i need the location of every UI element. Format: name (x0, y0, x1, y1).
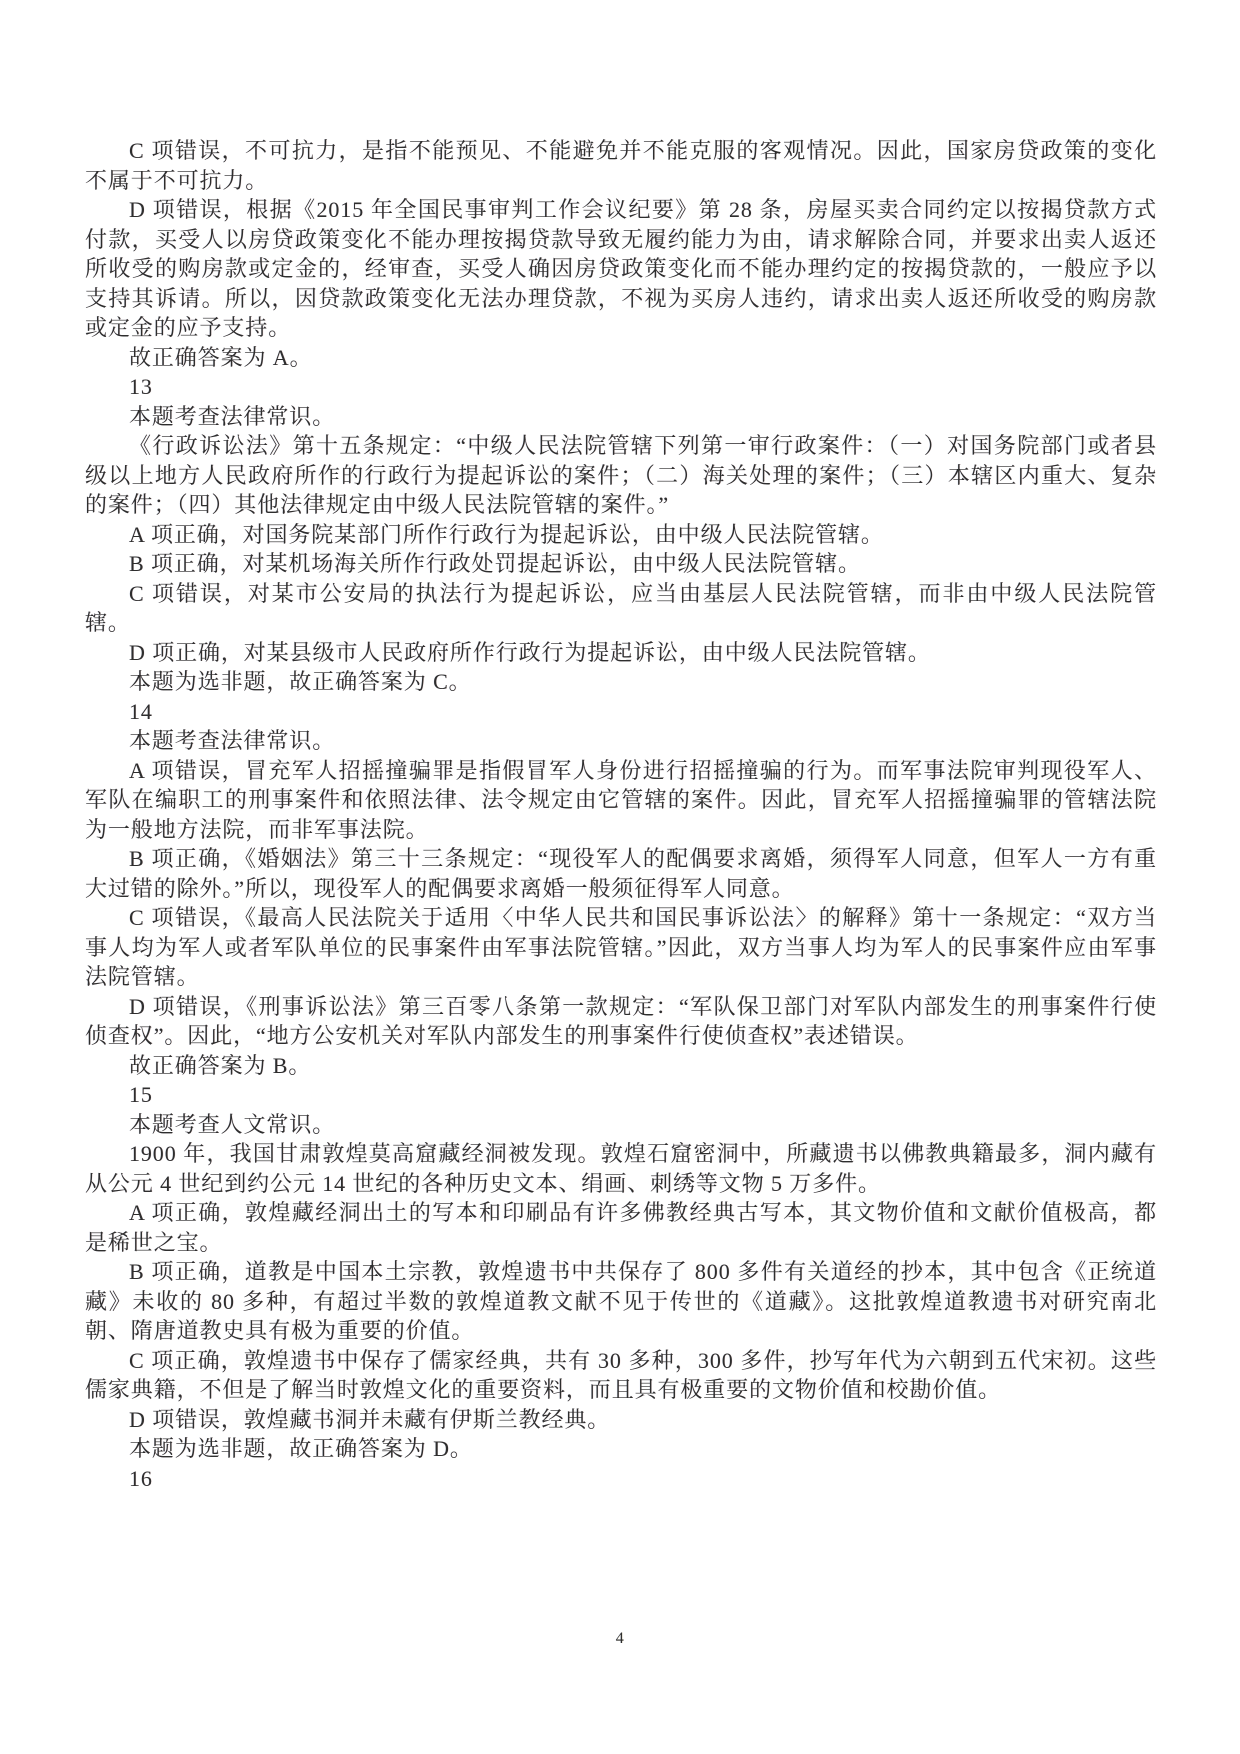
paragraph: 故正确答案为 B。 (85, 1051, 1157, 1081)
paragraph: C 项错误，《最高人民法院关于适用〈中华人民共和国民事诉讼法〉的解释》第十一条规… (85, 903, 1157, 992)
paragraph: C 项正确，敦煌遗书中保存了儒家经典，共有 30 多种，300 多件，抄写年代为… (85, 1346, 1157, 1405)
paragraph: D 项错误，根据《2015 年全国民事审判工作会议纪要》第 28 条，房屋买卖合… (85, 195, 1157, 343)
paragraph: C 项错误，对某市公安局的执法行为提起诉讼，应当由基层人民法院管辖，而非由中级人… (85, 579, 1157, 638)
paragraph: 《行政诉讼法》第十五条规定：“中级人民法院管辖下列第一审行政案件：（一）对国务院… (85, 431, 1157, 520)
document-page: C 项错误，不可抗力，是指不能预见、不能避免并不能克服的客观情况。因此，国家房贷… (0, 0, 1240, 1754)
paragraph: 本题为选非题，故正确答案为 D。 (85, 1434, 1157, 1464)
paragraph: 14 (85, 697, 1157, 727)
paragraph: A 项错误，冒充军人招摇撞骗罪是指假冒军人身份进行招摇撞骗的行为。而军事法院审判… (85, 756, 1157, 845)
paragraph: 15 (85, 1080, 1157, 1110)
paragraph: D 项错误，敦煌藏书洞并未藏有伊斯兰教经典。 (85, 1405, 1157, 1435)
paragraph: B 项正确，《婚姻法》第三十三条规定：“现役军人的配偶要求离婚，须得军人同意，但… (85, 844, 1157, 903)
paragraph: 16 (85, 1464, 1157, 1494)
paragraph: B 项正确，道教是中国本土宗教，敦煌遗书中共保存了 800 多件有关道经的抄本，… (85, 1257, 1157, 1346)
paragraph: 1900 年，我国甘肃敦煌莫高窟藏经洞被发现。敦煌石窟密洞中，所藏遗书以佛教典籍… (85, 1139, 1157, 1198)
paragraph: D 项正确，对某县级市人民政府所作行政行为提起诉讼，由中级人民法院管辖。 (85, 638, 1157, 668)
paragraph: 13 (85, 372, 1157, 402)
paragraph: D 项错误，《刑事诉讼法》第三百零八条第一款规定：“军队保卫部门对军队内部发生的… (85, 992, 1157, 1051)
document-body: C 项错误，不可抗力，是指不能预见、不能避免并不能克服的客观情况。因此，国家房贷… (85, 136, 1157, 1493)
paragraph: 本题考查法律常识。 (85, 402, 1157, 432)
paragraph: B 项正确，对某机场海关所作行政处罚提起诉讼，由中级人民法院管辖。 (85, 549, 1157, 579)
paragraph: C 项错误，不可抗力，是指不能预见、不能避免并不能克服的客观情况。因此，国家房贷… (85, 136, 1157, 195)
paragraph: 故正确答案为 A。 (85, 343, 1157, 373)
paragraph: A 项正确，敦煌藏经洞出土的写本和印刷品有许多佛教经典古写本，其文物价值和文献价… (85, 1198, 1157, 1257)
paragraph: 本题为选非题，故正确答案为 C。 (85, 667, 1157, 697)
page-footer: 4 (0, 1630, 1240, 1648)
paragraph: 本题考查法律常识。 (85, 726, 1157, 756)
page-number: 4 (616, 1630, 625, 1647)
paragraph: 本题考查人文常识。 (85, 1110, 1157, 1140)
paragraph: A 项正确，对国务院某部门所作行政行为提起诉讼，由中级人民法院管辖。 (85, 520, 1157, 550)
